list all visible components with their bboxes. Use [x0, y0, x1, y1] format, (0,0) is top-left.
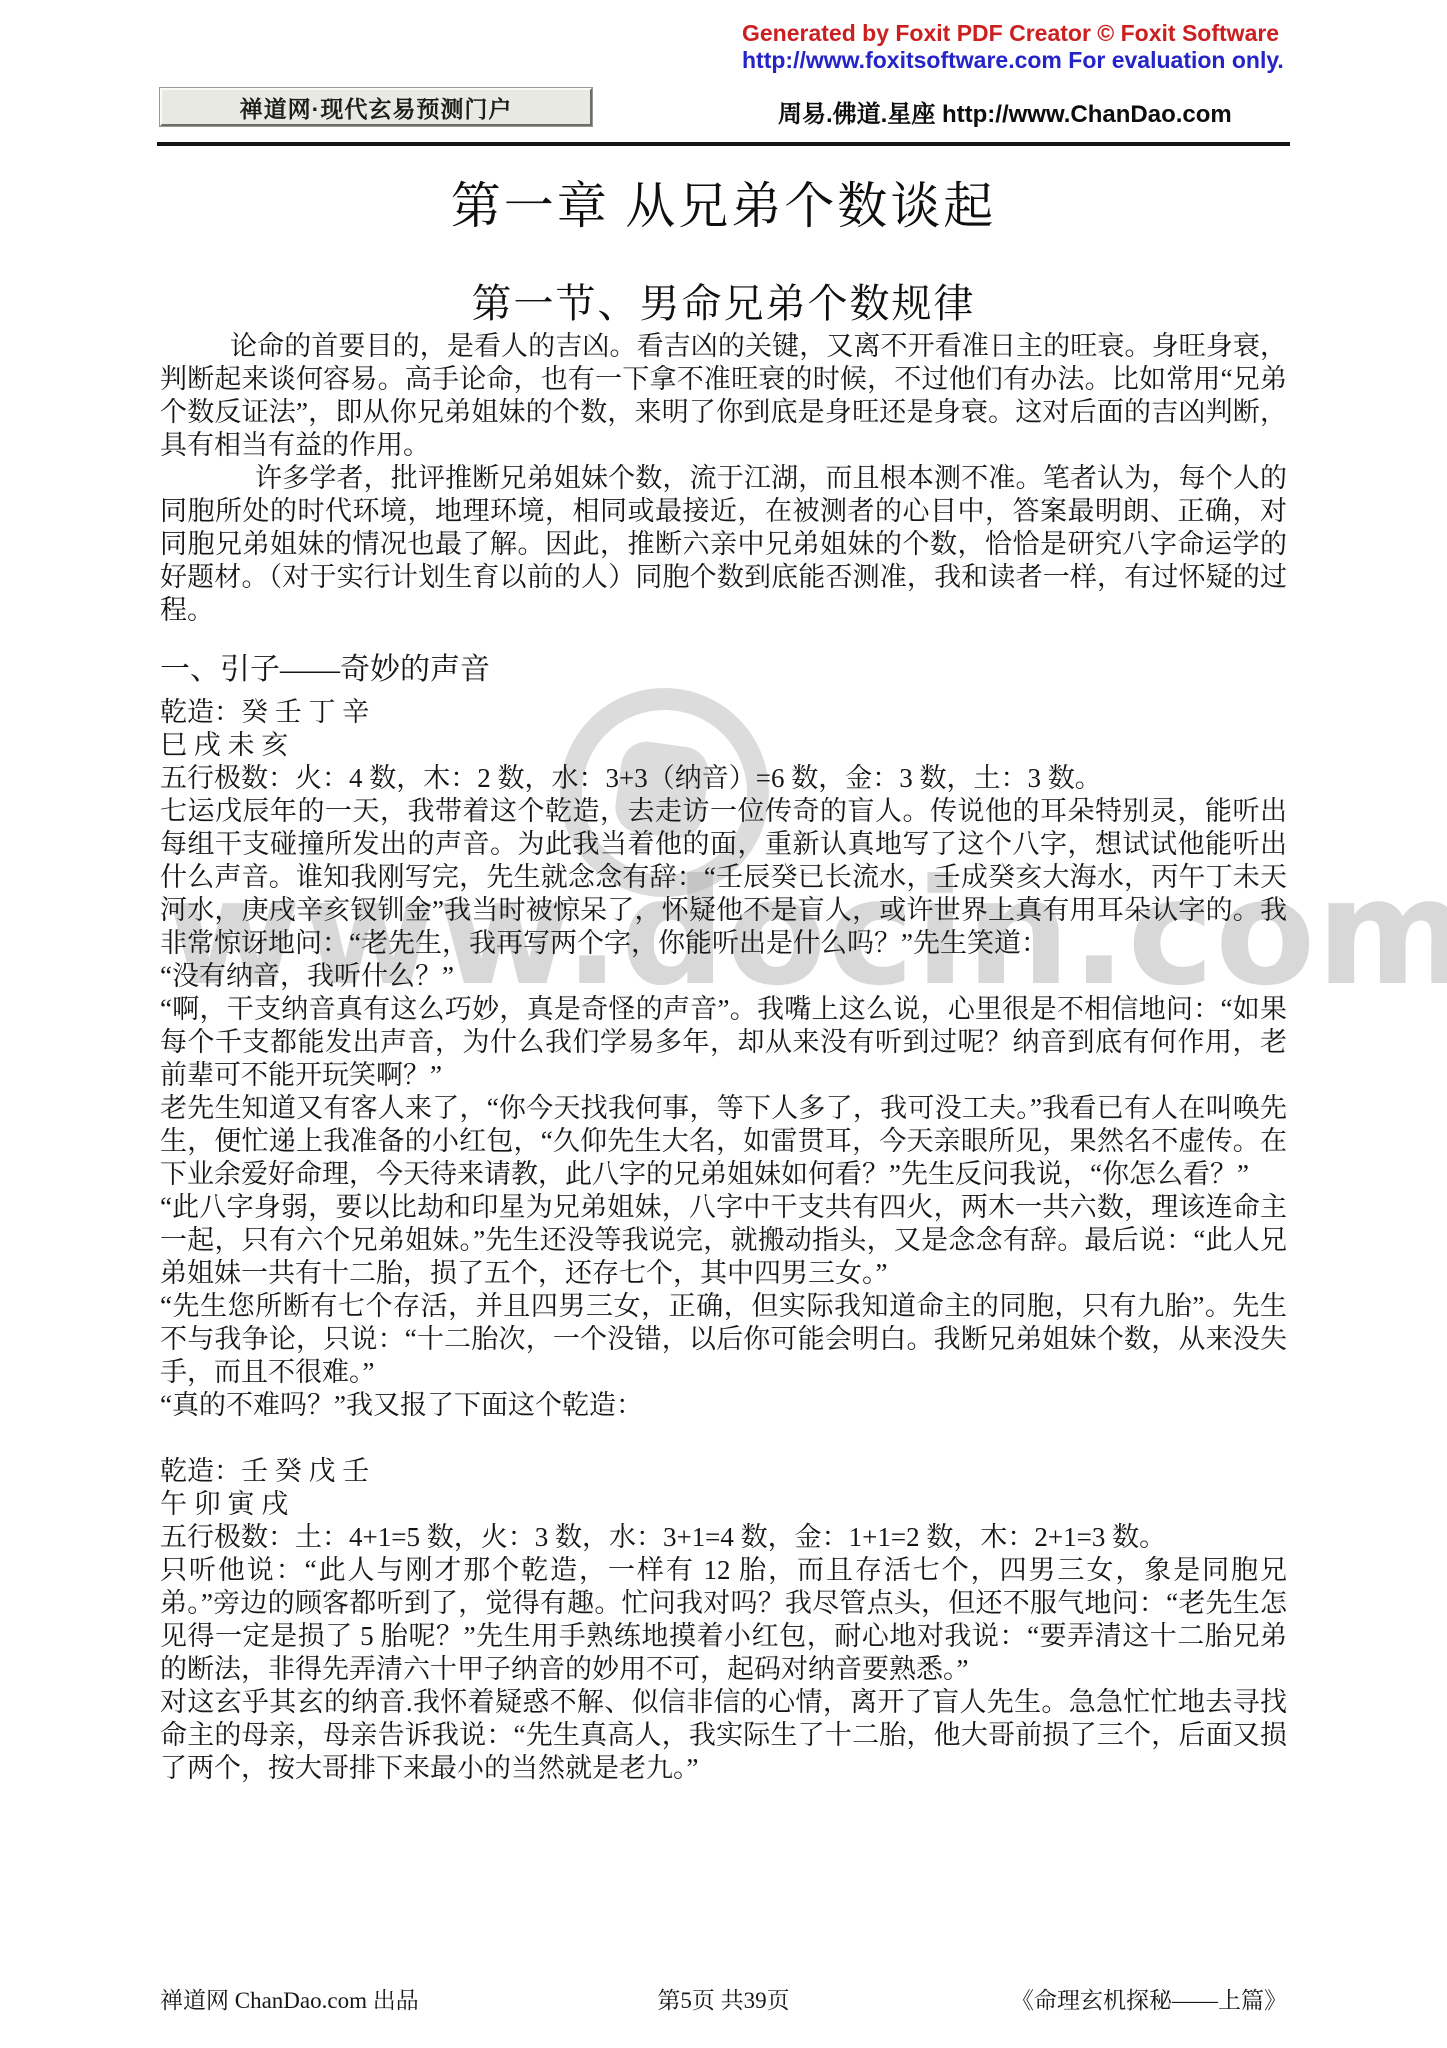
- bazi-branches-line: 午 卯 寅 戌: [160, 1488, 1287, 1521]
- pdf-page: Generated by Foxit PDF Creator © Foxit S…: [0, 0, 1447, 2048]
- section-heading: 一、引子——奇妙的声音: [160, 653, 1287, 686]
- section-title: 第一节、男命兄弟个数规律: [160, 272, 1287, 329]
- paragraph: “没有纳音，我听什么？”: [160, 960, 1287, 993]
- paragraph: “先生您所断有七个存活，并且四男三女，正确，但实际我知道命主的同胞，只有九胎”。…: [160, 1290, 1287, 1389]
- paragraph: 只听他说：“此人与刚才那个乾造，一样有 12 胎，而且存活七个，四男三女，象是同…: [160, 1554, 1287, 1686]
- bazi-branches-line: 巳 戌 未 亥: [160, 729, 1287, 762]
- bazi-line: 五行极数：土：4+1=5 数，火：3 数，水：3+1=4 数，金：1+1=2 数…: [160, 1521, 1287, 1554]
- footer-book-title: 《命理玄机探秘——上篇》: [1011, 1982, 1287, 2015]
- paragraph: “真的不难吗？”我又报了下面这个乾造：: [160, 1389, 1287, 1422]
- bazi-line: 五行极数：火：4 数，木：2 数，水：3+3（纳音）=6 数，金：3 数，土：3…: [160, 762, 1287, 795]
- paragraph: “此八字身弱，要以比劫和印星为兄弟姐妹，八字中干支共有四火，两木一共六数，理该连…: [160, 1191, 1287, 1290]
- site-info-url: 周易.佛道.星座 http://www.ChanDao.com: [778, 94, 1232, 129]
- site-badge: 禅道网·现代玄易预测门户: [160, 88, 592, 126]
- paragraph: 对这玄乎其玄的纳音.我怀着疑惑不解、似信非信的心情，离开了盲人先生。急急忙忙地去…: [160, 1686, 1287, 1785]
- bazi-line: 乾造：壬 癸 戊 壬: [160, 1455, 1287, 1488]
- paragraph: 老先生知道又有客人来了，“你今天找我何事，等下人多了，我可没工夫。”我看已有人在…: [160, 1092, 1287, 1191]
- paragraph: “啊，干支纳音真有这么巧妙，真是奇怪的声音”。我嘴上这么说，心里很是不相信地问：…: [160, 993, 1287, 1092]
- paragraph: 七运戊辰年的一天，我带着这个乾造，去走访一位传奇的盲人。传说他的耳朵特别灵，能听…: [160, 795, 1287, 960]
- header-divider: [157, 142, 1290, 146]
- document-body: 论命的首要目的，是看人的吉凶。看吉凶的关键，又离不开看准日主的旺衰。身旺身衰，判…: [160, 330, 1287, 1785]
- foxit-banner-line2: http://www.foxitsoftware.com For evaluat…: [742, 47, 1284, 74]
- spacer: [160, 1422, 1287, 1455]
- bazi-line: 乾造：癸 壬 丁 辛: [160, 696, 1287, 729]
- foxit-banner-line1: Generated by Foxit PDF Creator © Foxit S…: [742, 20, 1279, 47]
- paragraph: 论命的首要目的，是看人的吉凶。看吉凶的关键，又离不开看准日主的旺衰。身旺身衰，判…: [160, 330, 1287, 462]
- paragraph: 许多学者，批评推断兄弟姐妹个数，流于江湖，而且根本测不准。笔者认为，每个人的同胞…: [160, 462, 1287, 627]
- chapter-title: 第一章 从兄弟个数谈起: [160, 166, 1287, 238]
